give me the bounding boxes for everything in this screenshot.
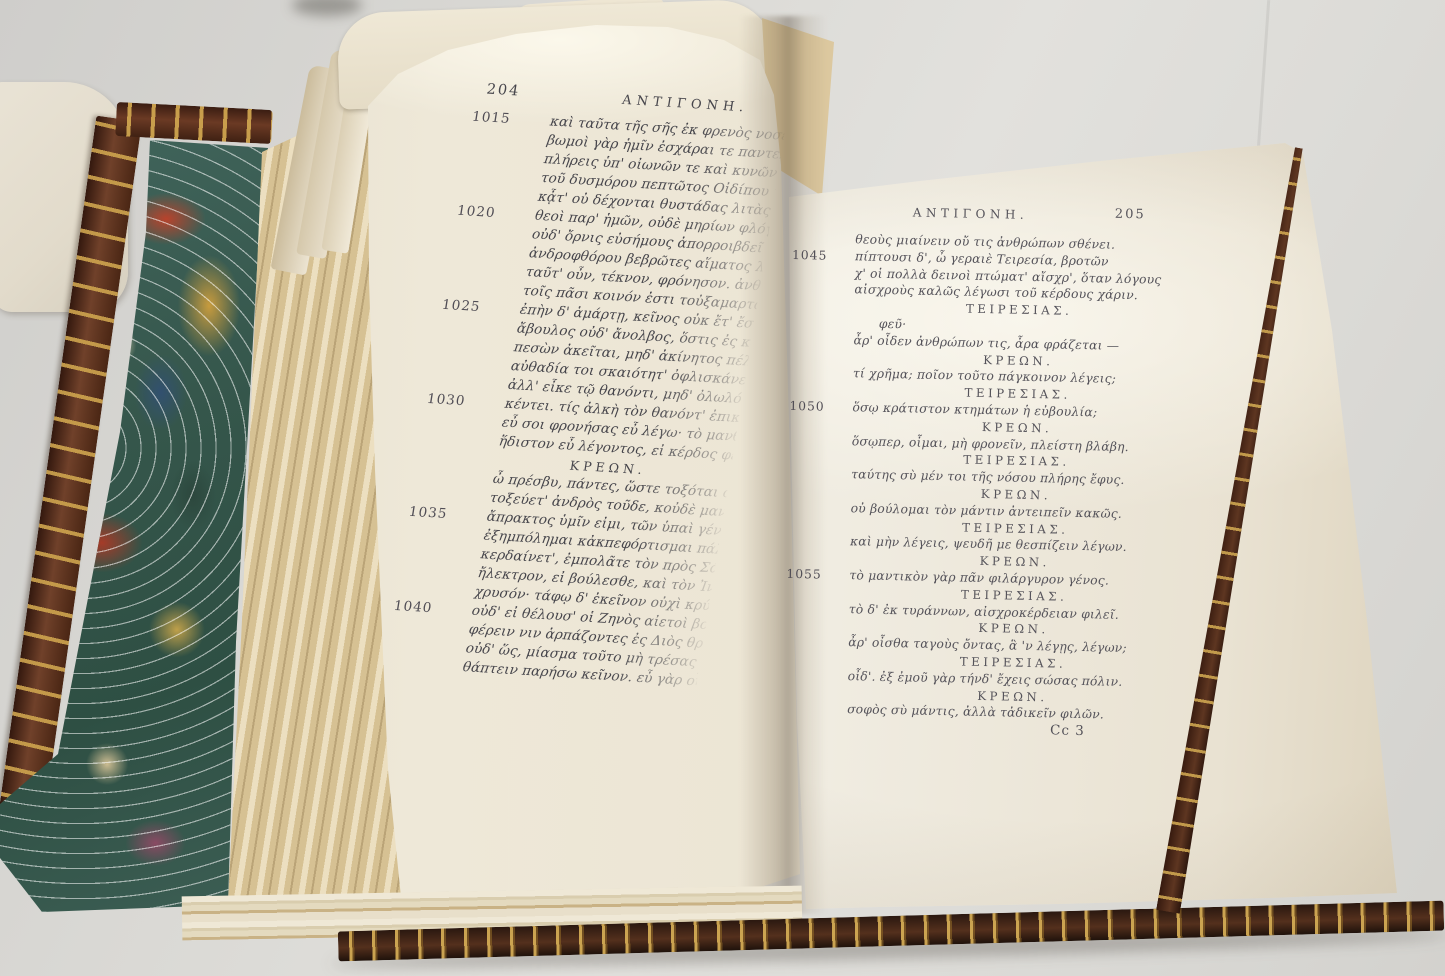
running-header: ΑΝΤΙΓΟΝΗ. [621,91,750,118]
line-number: 1015 [471,108,512,129]
page-number: 205 [1115,207,1146,224]
running-header: ΑΝΤΙΓΟΝΗ. [913,205,1029,224]
line-number: 1025 [440,296,481,317]
line-number: 1035 [407,503,448,524]
line-number: 1050 [789,398,825,416]
page-number: 204 [485,81,522,102]
shadow-smudge [292,0,362,16]
line-text: φεῦ· [879,317,907,332]
line-number: 1045 [792,247,828,265]
backdrop-crease [1257,0,1270,150]
verse-lines: θεοὺς μιαίνειν οὔ τις ἀνθρώπων σθένει.10… [784,230,1223,743]
book-photo: 204 ΑΝΤΙΓΟΝΗ. 1015καὶ ταῦτα τῆς σῆς ἐκ φ… [0,0,1445,976]
line-number: 1055 [786,566,822,584]
line-number: 1030 [425,390,466,411]
line-number: 1020 [456,202,497,223]
line-number: 1040 [392,597,433,618]
right-page-text: ΑΝΤΙΓΟΝΗ. 205 θεοὺς μιαίνειν οὔ τις ἀνθρ… [784,200,1223,743]
